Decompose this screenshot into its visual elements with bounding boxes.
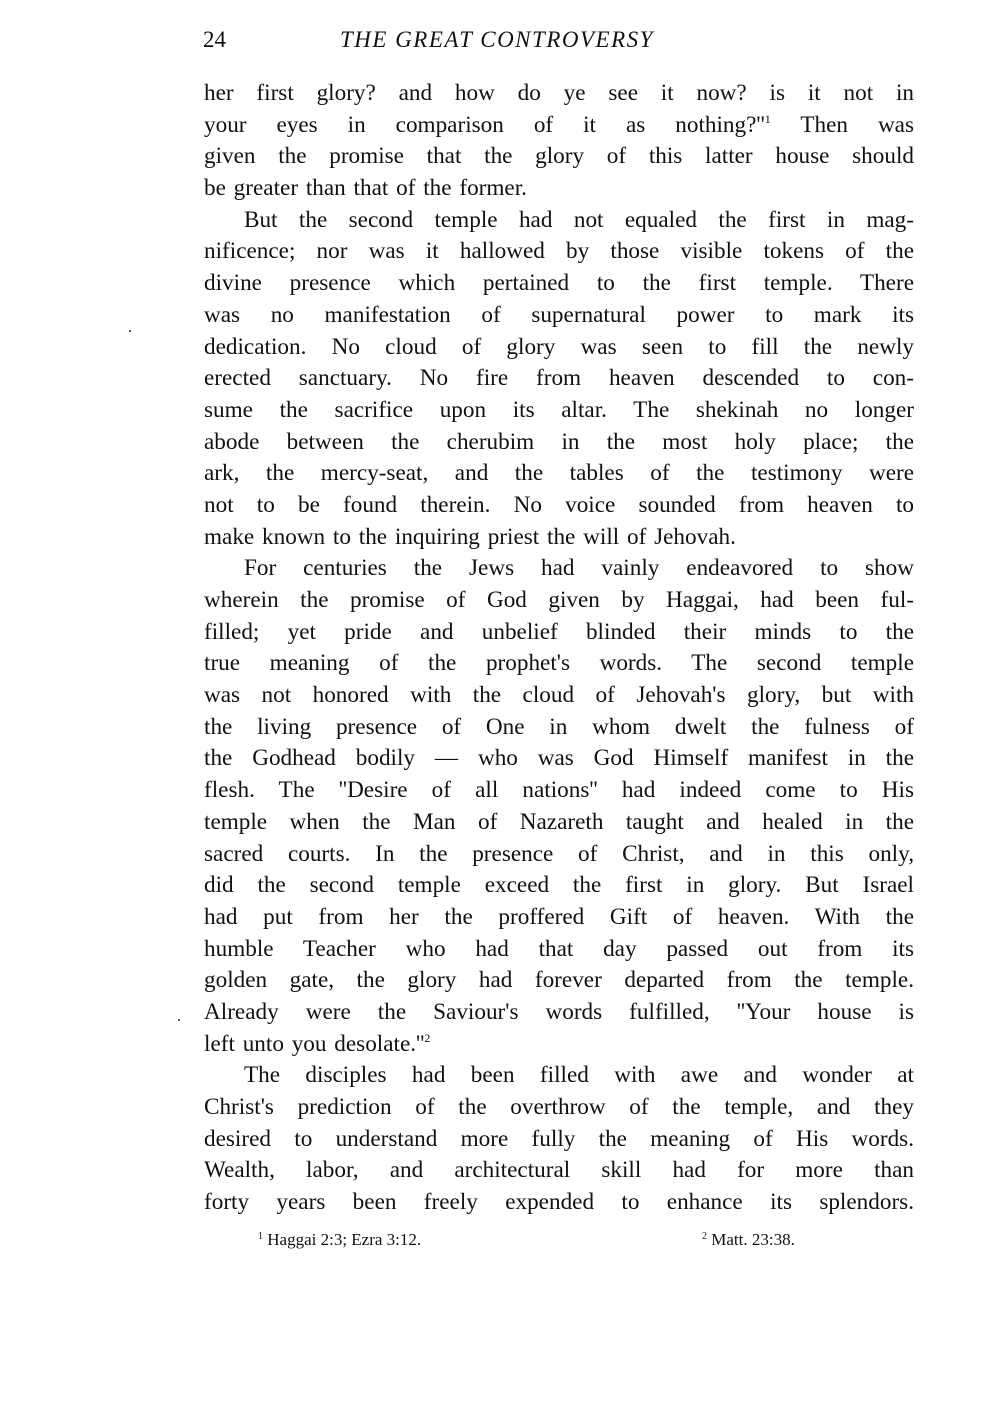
- footnote-1: 1 Haggai 2:3; Ezra 3:12.: [258, 1228, 421, 1252]
- book-page: 24 THE GREAT CONTROVERSY her first glory…: [0, 0, 1000, 1415]
- footnote-ref-2[interactable]: 2: [424, 1031, 430, 1045]
- text-line: nificence; nor was it hallowed by those …: [204, 236, 914, 268]
- scan-speck: [178, 1019, 180, 1021]
- text-line: not to be found therein. No voice sounde…: [204, 490, 914, 522]
- text-line: true meaning of the prophet's words. The…: [204, 648, 914, 680]
- text-line: Christ's prediction of the overthrow of …: [204, 1092, 914, 1124]
- text-line: golden gate, the glory had forever depar…: [204, 965, 914, 997]
- footnotes: 1 Haggai 2:3; Ezra 3:12. 2 Matt. 23:38.: [258, 1228, 878, 1252]
- text-line: desired to understand more fully the mea…: [204, 1124, 914, 1156]
- text-line: erected sanctuary. No fire from heaven d…: [204, 363, 914, 395]
- text-line: make known to the inquiring priest the w…: [204, 522, 914, 554]
- text-line: be greater than that of the former.: [204, 173, 914, 205]
- text-line: filled; yet pride and unbelief blinded t…: [204, 617, 914, 649]
- text-line: was no manifestation of supernatural pow…: [204, 300, 914, 332]
- text-line: was not honored with the cloud of Jehova…: [204, 680, 914, 712]
- paragraph-start-line: But the second temple had not equaled th…: [204, 205, 914, 237]
- text-line: forty years been freely expended to enha…: [204, 1187, 914, 1219]
- text-line: divine presence which pertained to the f…: [204, 268, 914, 300]
- scan-speck: [129, 330, 131, 332]
- text-line: given the promise that the glory of this…: [204, 141, 914, 173]
- text-line: ark, the mercy-seat, and the tables of t…: [204, 458, 914, 490]
- text-line: sacred courts. In the presence of Christ…: [204, 839, 914, 871]
- text-line: dedication. No cloud of glory was seen t…: [204, 332, 914, 364]
- running-head: 24 THE GREAT CONTROVERSY: [203, 24, 915, 56]
- text-line: left unto you desolate.''2: [204, 1029, 914, 1061]
- text-line: your eyes in comparison of it as nothing…: [204, 110, 914, 142]
- text-line: flesh. The ''Desire of all nations'' had…: [204, 775, 914, 807]
- text-line: abode between the cherubim in the most h…: [204, 427, 914, 459]
- paragraph-start-line: For centuries the Jews had vainly endeav…: [204, 553, 914, 585]
- text-line: the living presence of One in whom dwelt…: [204, 712, 914, 744]
- text-line: wherein the promise of God given by Hagg…: [204, 585, 914, 617]
- text-line: temple when the Man of Nazareth taught a…: [204, 807, 914, 839]
- text-line: did the second temple exceed the first i…: [204, 870, 914, 902]
- text-line: had put from her the proffered Gift of h…: [204, 902, 914, 934]
- text-line: sume the sacrifice upon its altar. The s…: [204, 395, 914, 427]
- text-line: Already were the Saviour's words fulfill…: [204, 997, 914, 1029]
- text-line: Wealth, labor, and architectural skill h…: [204, 1155, 914, 1187]
- text-line: humble Teacher who had that day passed o…: [204, 934, 914, 966]
- running-title: THE GREAT CONTROVERSY: [340, 24, 654, 56]
- footnote-2: 2 Matt. 23:38.: [702, 1228, 795, 1252]
- paragraph-start-line: The disciples had been filled with awe a…: [204, 1060, 914, 1092]
- body-text: her first glory? and how do ye see it no…: [204, 78, 914, 1219]
- page-number: 24: [203, 24, 226, 56]
- text-line: her first glory? and how do ye see it no…: [204, 78, 914, 110]
- text-line: the Godhead bodily — who was God Himself…: [204, 743, 914, 775]
